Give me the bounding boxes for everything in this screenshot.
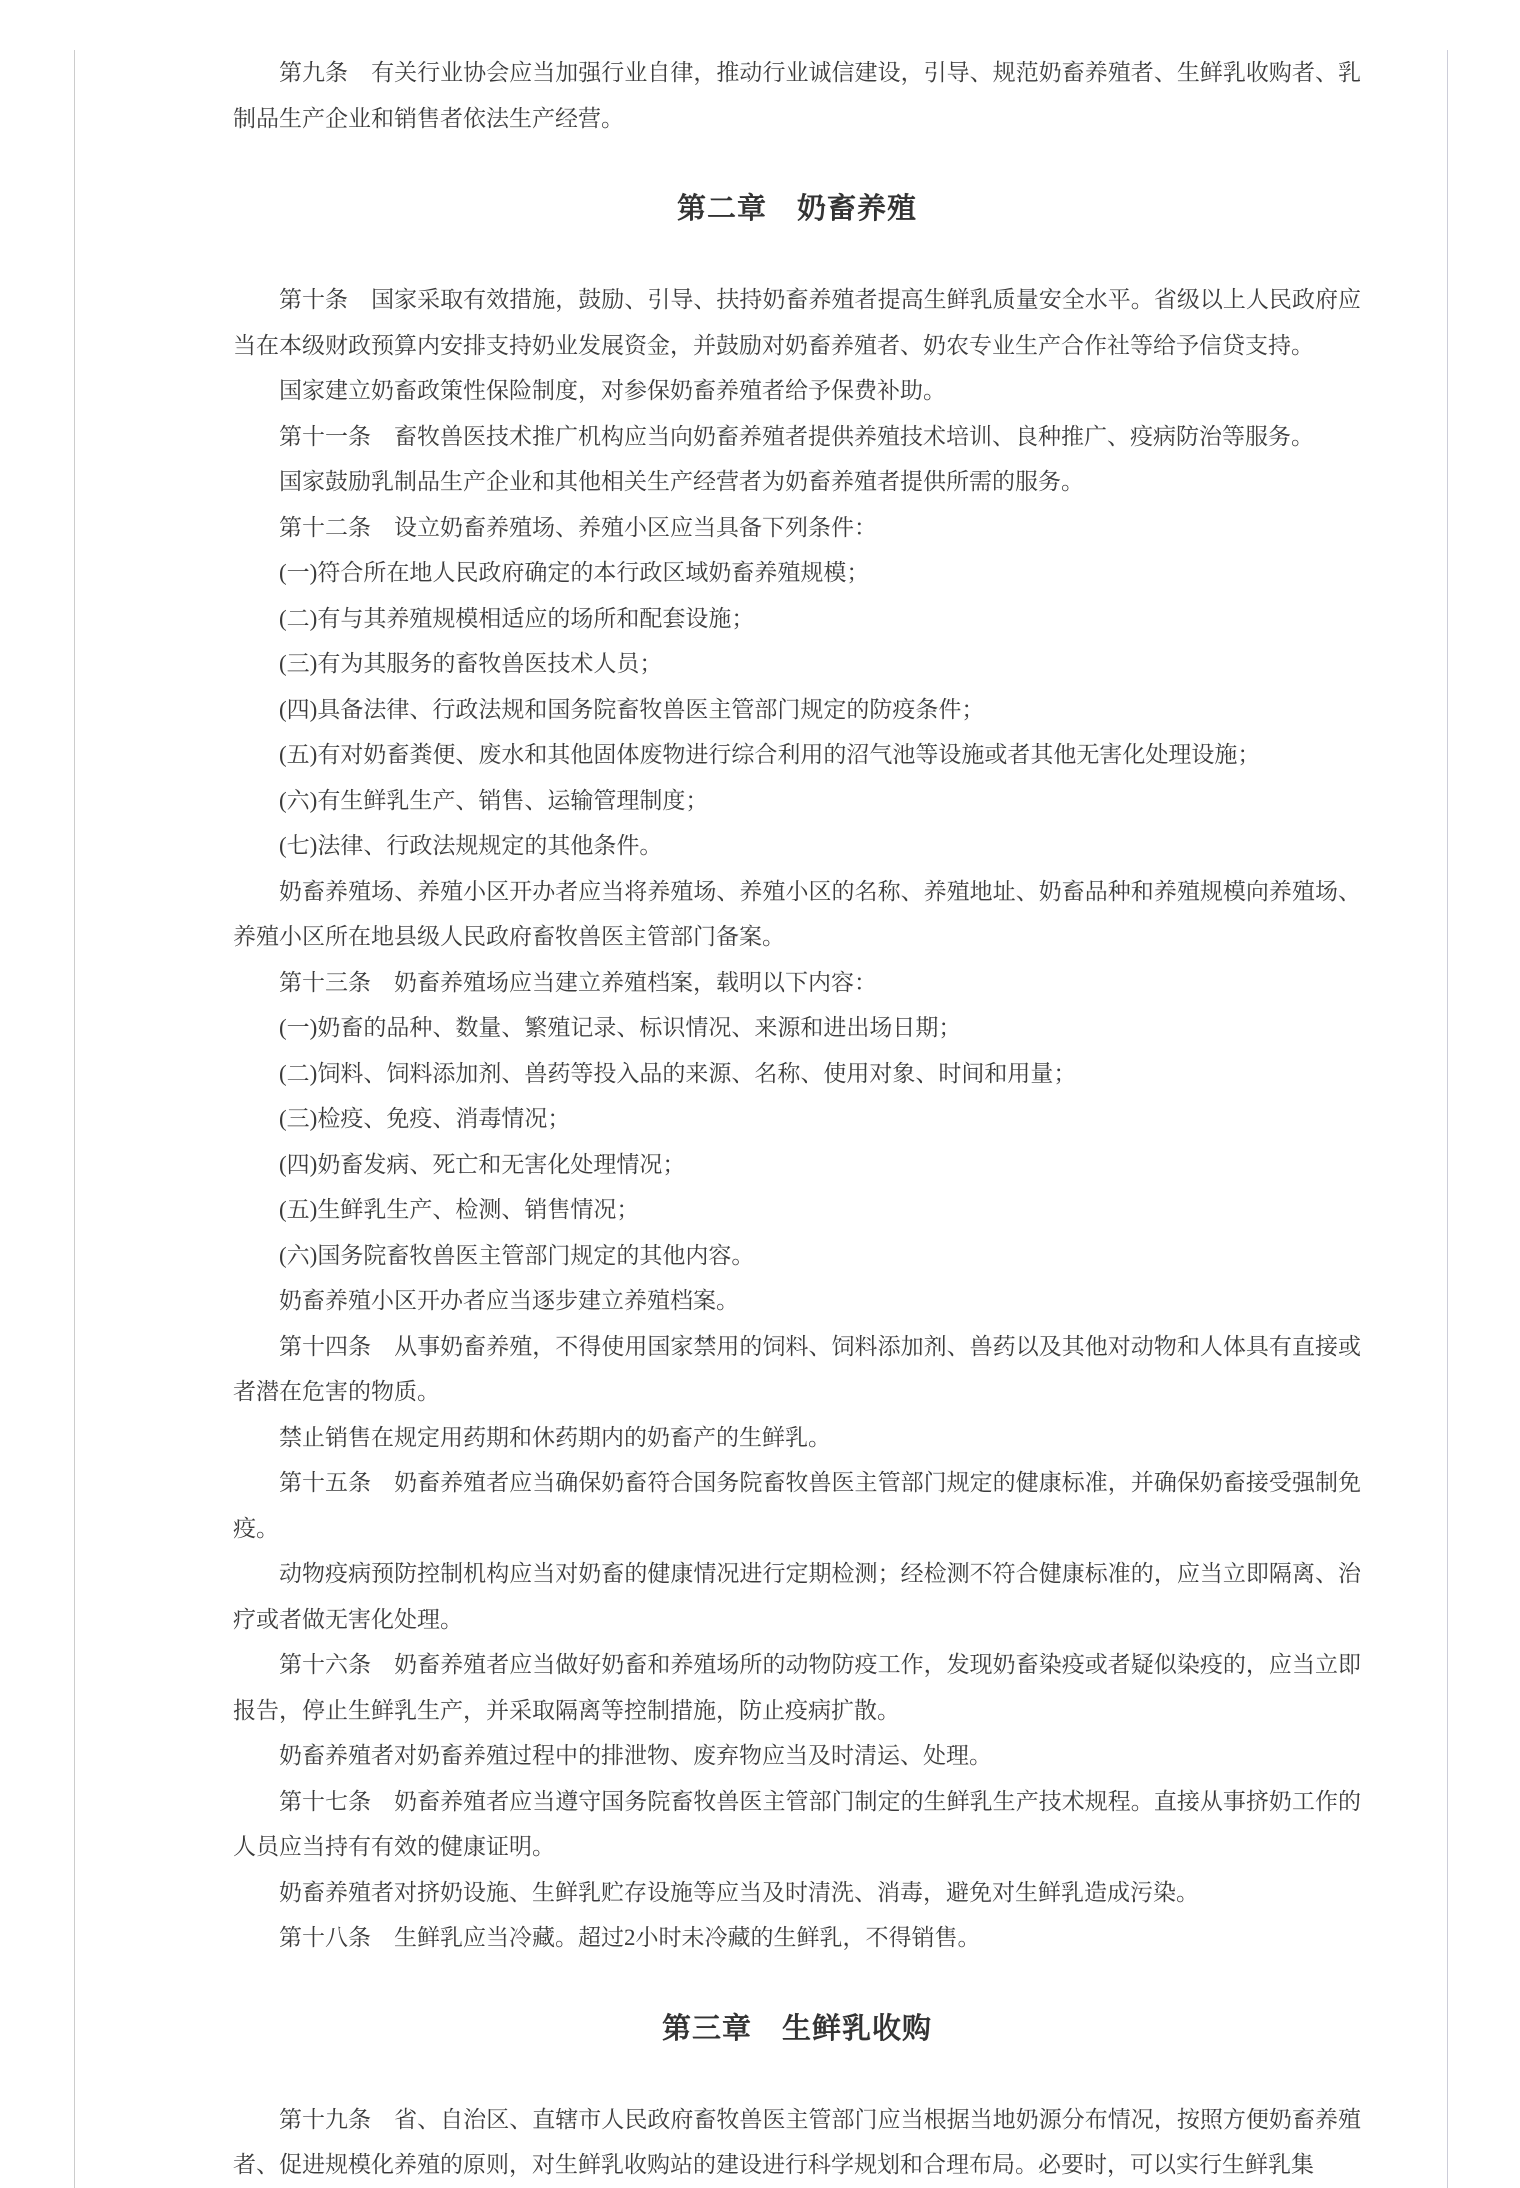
body-paragraph: 奶畜养殖者对奶畜养殖过程中的排泄物、废弃物应当及时清运、处理。 bbox=[233, 1733, 1361, 1779]
chapter-heading: 第二章 奶畜养殖 bbox=[233, 186, 1361, 232]
body-paragraph: 第十六条 奶畜养殖者应当做好奶畜和养殖场所的动物防疫工作，发现奶畜染疫或者疑似染… bbox=[233, 1642, 1361, 1733]
body-paragraph: (五)生鲜乳生产、检测、销售情况； bbox=[233, 1187, 1361, 1233]
body-paragraph: 动物疫病预防控制机构应当对奶畜的健康情况进行定期检测；经检测不符合健康标准的，应… bbox=[233, 1551, 1361, 1642]
body-paragraph: (一)符合所在地人民政府确定的本行政区域奶畜养殖规模； bbox=[233, 550, 1361, 596]
body-paragraph: 第十一条 畜牧兽医技术推广机构应当向奶畜养殖者提供养殖技术培训、良种推广、疫病防… bbox=[233, 414, 1361, 460]
chapter-heading: 第三章 生鲜乳收购 bbox=[233, 2006, 1361, 2052]
document-viewport: { "document": { "title": "乳品质量安全监督管理条例（正… bbox=[0, 0, 1520, 2150]
body-paragraph: (二)饲料、饲料添加剂、兽药等投入品的来源、名称、使用对象、时间和用量； bbox=[233, 1051, 1361, 1097]
body-paragraph: 第十五条 奶畜养殖者应当确保奶畜符合国务院畜牧兽医主管部门规定的健康标准，并确保… bbox=[233, 1460, 1361, 1551]
body-paragraph: 第十二条 设立奶畜养殖场、养殖小区应当具备下列条件： bbox=[233, 505, 1361, 551]
body-paragraph: 第九条 有关行业协会应当加强行业自律，推动行业诚信建设，引导、规范奶畜养殖者、生… bbox=[233, 50, 1361, 141]
body-paragraph: 奶畜养殖小区开办者应当逐步建立养殖档案。 bbox=[233, 1278, 1361, 1324]
body-paragraph: 奶畜养殖场、养殖小区开办者应当将养殖场、养殖小区的名称、养殖地址、奶畜品种和养殖… bbox=[233, 869, 1361, 960]
body-paragraph: 奶畜养殖者对挤奶设施、生鲜乳贮存设施等应当及时清洗、消毒，避免对生鲜乳造成污染。 bbox=[233, 1870, 1361, 1916]
body-paragraph: (三)有为其服务的畜牧兽医技术人员； bbox=[233, 641, 1361, 687]
body-paragraph: 第十七条 奶畜养殖者应当遵守国务院畜牧兽医主管部门制定的生鲜乳生产技术规程。直接… bbox=[233, 1779, 1361, 1870]
body-paragraph: 第十八条 生鲜乳应当冷藏。超过2小时未冷藏的生鲜乳，不得销售。 bbox=[233, 1915, 1361, 1961]
body-paragraph: (二)有与其养殖规模相适应的场所和配套设施； bbox=[233, 596, 1361, 642]
body-paragraph: 第十三条 奶畜养殖场应当建立养殖档案，载明以下内容： bbox=[233, 960, 1361, 1006]
body-paragraph: (六)国务院畜牧兽医主管部门规定的其他内容。 bbox=[233, 1233, 1361, 1279]
document-page: 第九条 有关行业协会应当加强行业自律，推动行业诚信建设，引导、规范奶畜养殖者、生… bbox=[74, 50, 1448, 2188]
body-paragraph: (五)有对奶畜粪便、废水和其他固体废物进行综合利用的沼气池等设施或者其他无害化处… bbox=[233, 732, 1361, 778]
body-paragraph: (四)奶畜发病、死亡和无害化处理情况； bbox=[233, 1142, 1361, 1188]
body-paragraph: (一)奶畜的品种、数量、繁殖记录、标识情况、来源和进出场日期； bbox=[233, 1005, 1361, 1051]
body-paragraph: 第十九条 省、自治区、直辖市人民政府畜牧兽医主管部门应当根据当地奶源分布情况，按… bbox=[233, 2097, 1361, 2188]
body-paragraph: (六)有生鲜乳生产、销售、运输管理制度； bbox=[233, 778, 1361, 824]
article-body: 第九条 有关行业协会应当加强行业自律，推动行业诚信建设，引导、规范奶畜养殖者、生… bbox=[75, 50, 1447, 2188]
body-paragraph: 国家建立奶畜政策性保险制度，对参保奶畜养殖者给予保费补助。 bbox=[233, 368, 1361, 414]
body-paragraph: 禁止销售在规定用药期和休药期内的奶畜产的生鲜乳。 bbox=[233, 1415, 1361, 1461]
body-paragraph: (四)具备法律、行政法规和国务院畜牧兽医主管部门规定的防疫条件； bbox=[233, 687, 1361, 733]
body-paragraph: 第十条 国家采取有效措施，鼓励、引导、扶持奶畜养殖者提高生鲜乳质量安全水平。省级… bbox=[233, 277, 1361, 368]
body-paragraph: (七)法律、行政法规规定的其他条件。 bbox=[233, 823, 1361, 869]
body-paragraph: 国家鼓励乳制品生产企业和其他相关生产经营者为奶畜养殖者提供所需的服务。 bbox=[233, 459, 1361, 505]
body-paragraph: (三)检疫、免疫、消毒情况； bbox=[233, 1096, 1361, 1142]
body-paragraph: 第十四条 从事奶畜养殖，不得使用国家禁用的饲料、饲料添加剂、兽药以及其他对动物和… bbox=[233, 1324, 1361, 1415]
